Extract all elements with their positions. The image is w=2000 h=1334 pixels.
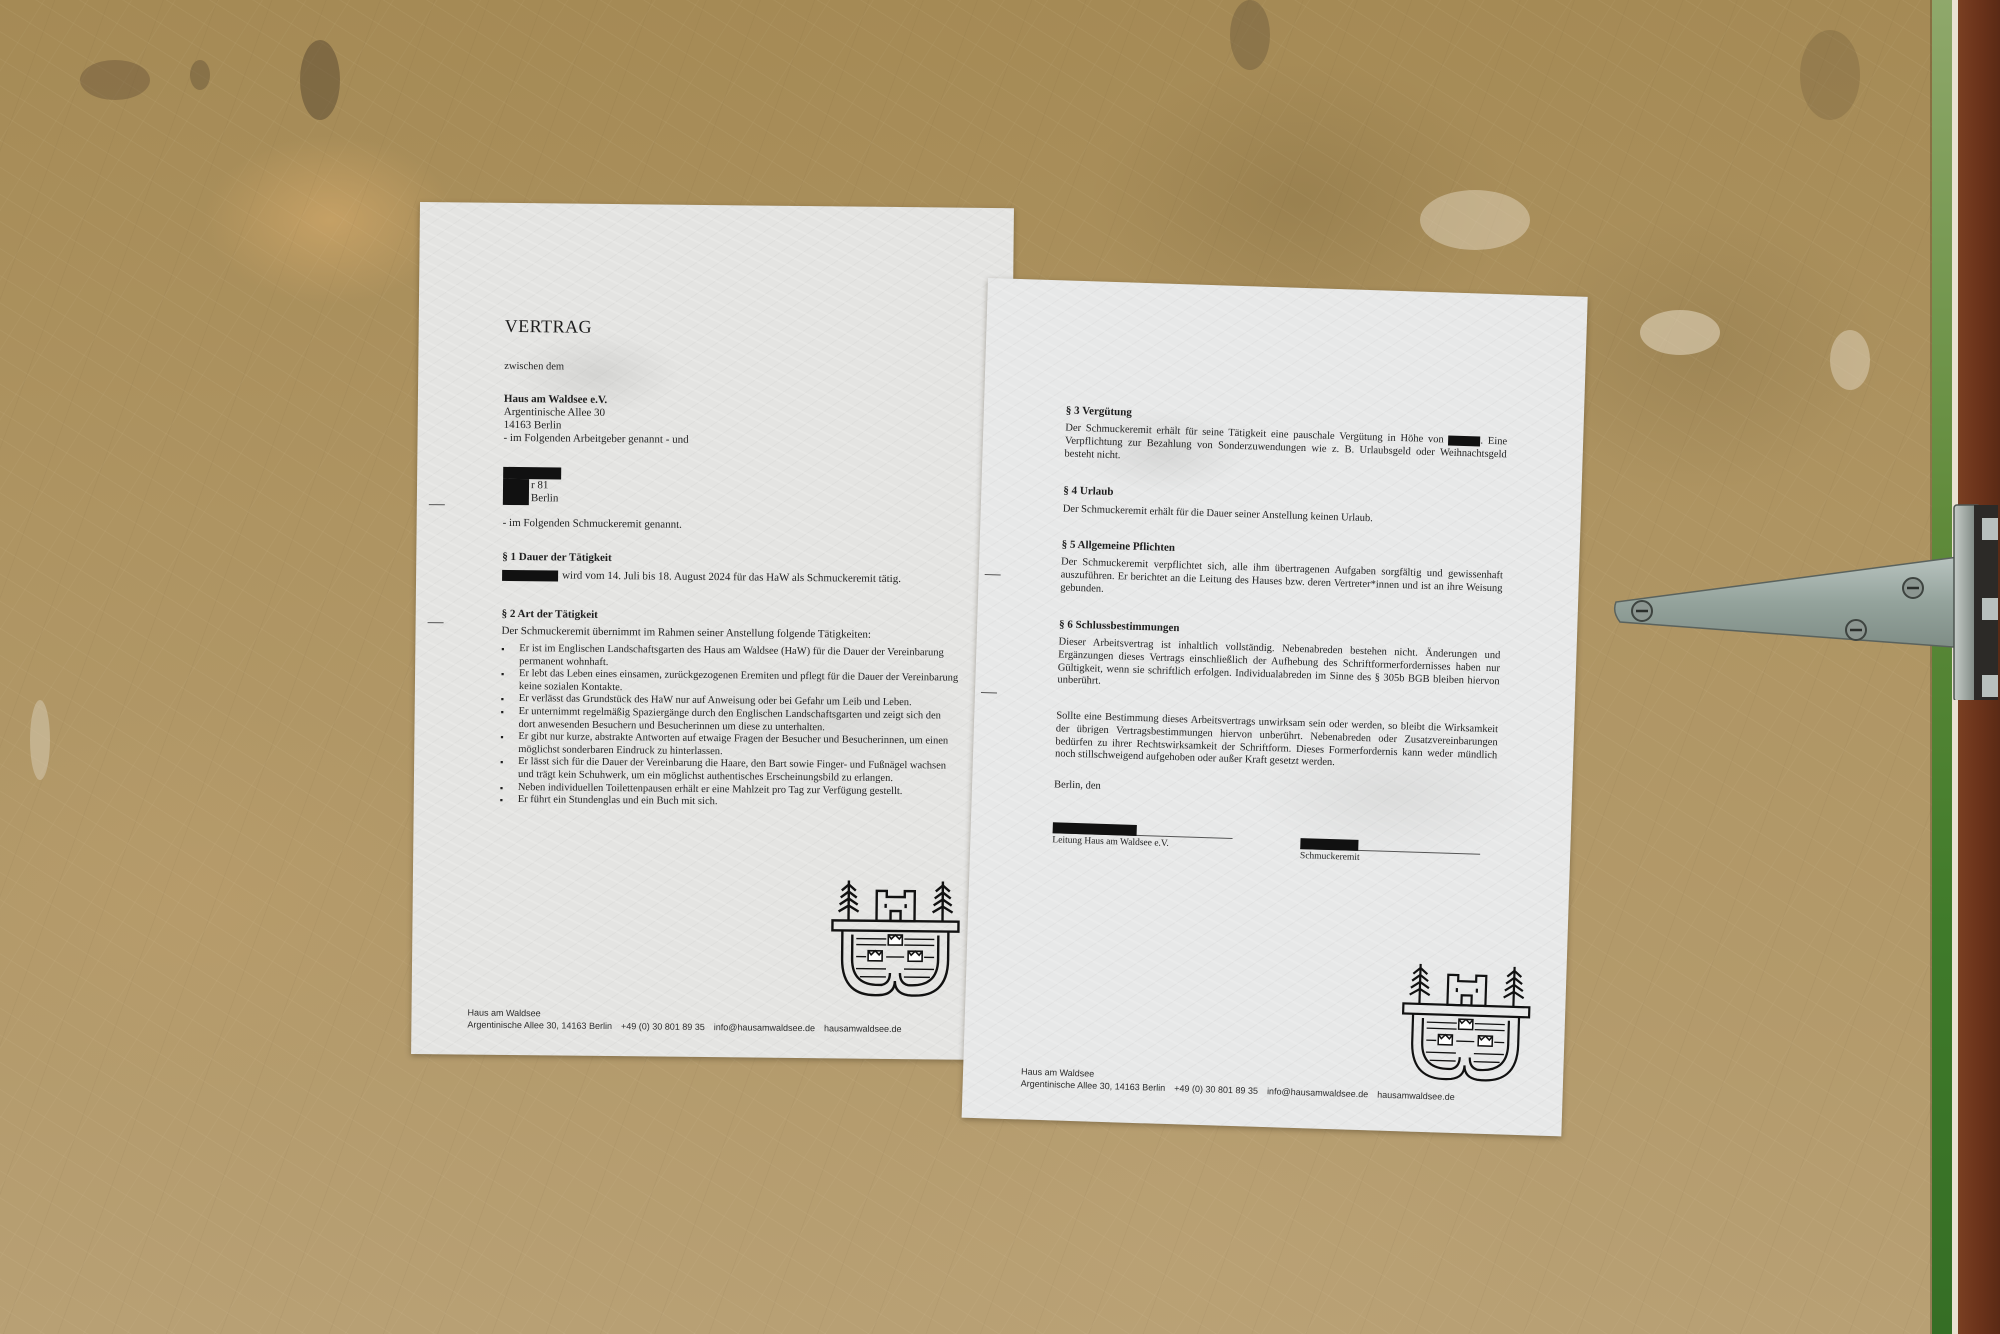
- haus-am-waldsee-logo-icon: [830, 876, 961, 1007]
- fold-mark: [428, 622, 444, 623]
- board-stain: [1230, 0, 1270, 70]
- section-6-heading: § 6 Schlussbestimmungen: [1059, 618, 1180, 635]
- section-5-text: Der Schmuckeremit verpflichtet sich, all…: [1060, 556, 1503, 608]
- redaction-bar: [503, 479, 529, 505]
- section-3-text: Der Schmuckeremit erhält für seine Tätig…: [1064, 423, 1507, 475]
- signature-employee: Schmuckeremit: [1300, 836, 1481, 869]
- footer-email: info@hausamwaldsee.de: [1267, 1086, 1368, 1099]
- place-date: Berlin, den: [1054, 778, 1101, 792]
- board-stain: [190, 60, 210, 90]
- footer-address: Argentinische Allee 30, 14163 Berlin: [467, 1020, 612, 1032]
- redaction-bar: [1300, 838, 1358, 851]
- document-title: VERTRAG: [505, 316, 593, 338]
- board-stain: [1420, 190, 1530, 250]
- footer-web: hausamwaldsee.de: [824, 1023, 902, 1034]
- redaction-bar: [502, 570, 558, 582]
- footer-phone: +49 (0) 30 801 89 35: [621, 1021, 705, 1032]
- footer-address: Argentinische Allee 30, 14163 Berlin: [1021, 1078, 1166, 1093]
- fold-mark: [429, 504, 445, 505]
- footer-phone: +49 (0) 30 801 89 35: [1174, 1083, 1258, 1096]
- haus-am-waldsee-logo-icon: [1391, 959, 1541, 1094]
- employee-block: r 81 Berlin: [503, 467, 643, 512]
- fold-mark: [985, 574, 1001, 576]
- section-1-body: wird vom 14. Juli bis 18. August 2024 fü…: [562, 570, 901, 586]
- strap-hinge-icon: [1598, 490, 1998, 700]
- section-2-text: Der Schmuckeremit übernimmt im Rahmen se…: [501, 625, 871, 642]
- board-stain: [1640, 310, 1720, 355]
- employee-city: Berlin: [531, 492, 559, 505]
- redaction-bar: [1448, 435, 1480, 446]
- task-list: Er ist im Englischen Landschaftsgarten d…: [500, 643, 960, 812]
- contract-page-2: § 3 Vergütung Der Schmuckeremit erhält f…: [962, 278, 1588, 1136]
- section-4-heading: § 4 Urlaub: [1063, 484, 1114, 499]
- employee-street: r 81: [531, 479, 549, 492]
- section-5-heading: § 5 Allgemeine Pflichten: [1061, 538, 1175, 555]
- severability-clause: Sollte eine Bestimmung dieses Arbeitsver…: [1055, 710, 1498, 775]
- board-stain: [1830, 330, 1870, 390]
- section-4-text: Der Schmuckeremit erhält für die Dauer s…: [1063, 502, 1373, 525]
- section-6-text: Dieser Arbeitsvertrag ist inhaltlich vol…: [1057, 636, 1500, 701]
- footer-email: info@hausamwaldsee.de: [714, 1022, 815, 1033]
- signature-employer: Leitung Haus am Waldsee e.V.: [1052, 820, 1233, 853]
- contract-page-1: VERTRAG zwischen dem Haus am Waldsee e.V…: [411, 202, 1014, 1060]
- section-2-heading: § 2 Art der Tätigkeit: [502, 608, 598, 622]
- section-1-heading: § 1 Dauer der Tätigkeit: [502, 551, 612, 565]
- board-stain: [80, 60, 150, 100]
- employer-role: - im Folgenden Arbeitgeber genannt - und: [503, 432, 688, 447]
- section-3-heading: § 3 Vergütung: [1066, 405, 1132, 420]
- employer-block: Haus am Waldsee e.V. Argentinische Allee…: [503, 393, 689, 447]
- board-stain: [1800, 30, 1860, 120]
- between-label: zwischen dem: [504, 360, 564, 374]
- letterhead-footer: Haus am Waldsee Argentinische Allee 30, …: [467, 1007, 910, 1036]
- section-1-text: wird vom 14. Juli bis 18. August 2024 fü…: [502, 569, 901, 586]
- employee-role: - im Folgenden Schmuckeremit genannt.: [503, 517, 682, 532]
- fold-mark: [981, 692, 997, 694]
- board-stain: [30, 700, 50, 780]
- footer-web: hausamwaldsee.de: [1377, 1090, 1455, 1102]
- redaction-bar: [503, 467, 561, 480]
- board-stain: [300, 40, 340, 120]
